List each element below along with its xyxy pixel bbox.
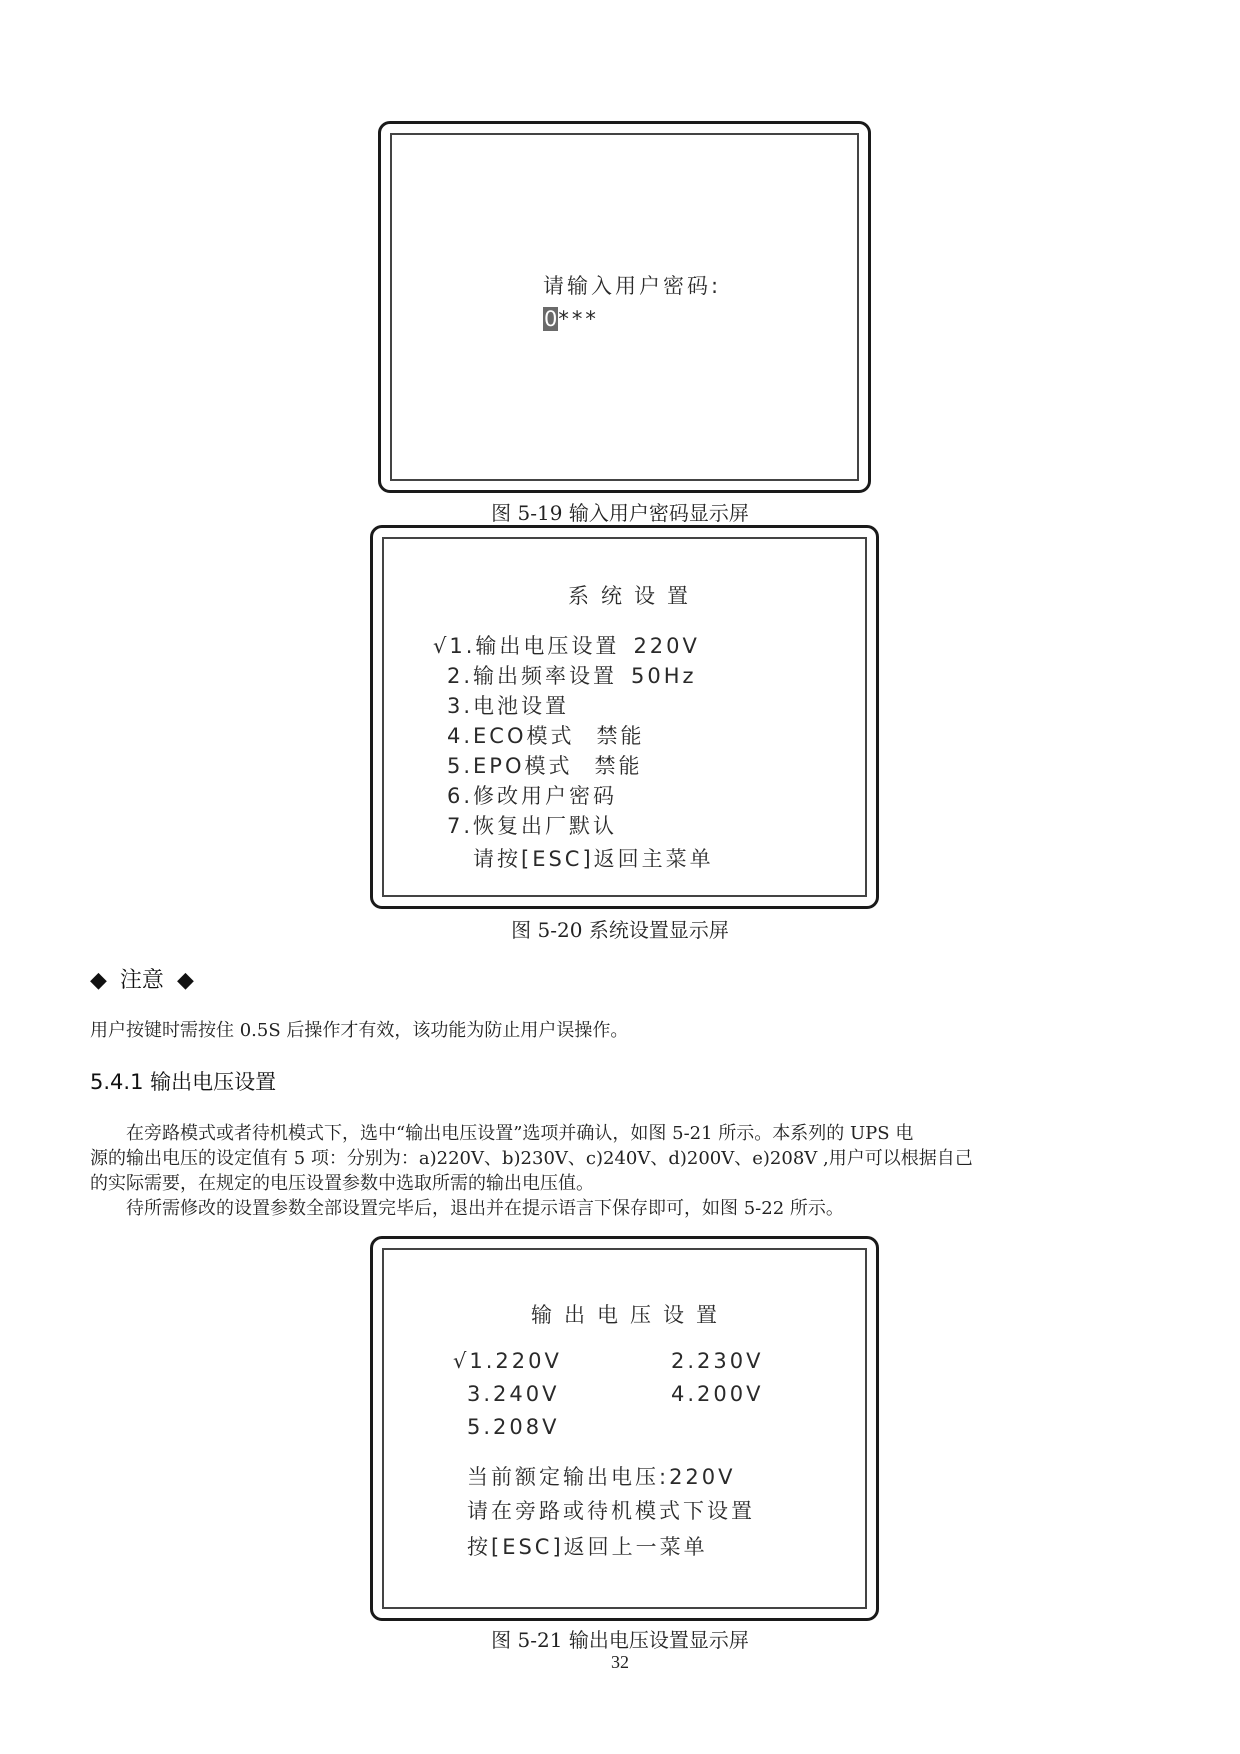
voltage-option-label: 4.200V <box>671 1382 763 1406</box>
menu-item-value: 220V <box>633 634 699 658</box>
note-heading: ◆ 注意 ◆ <box>90 963 194 994</box>
menu-item-battery[interactable]: 3.电池设置 <box>447 690 569 720</box>
diamond-icon: ◆ <box>90 968 107 993</box>
paragraph-line: 待所需修改的设置参数全部设置完毕后，退出并在提示语言下保存即可，如图 5-22 … <box>90 1194 1160 1220</box>
page-number: 32 <box>0 1652 1240 1673</box>
check-mark-icon: √ <box>433 634 449 658</box>
password-prompt: 请输入用户密码: <box>543 270 721 300</box>
voltage-option-200v[interactable]: 4.200V <box>671 1382 763 1406</box>
paragraph-line: 的实际需要，在规定的电压设置参数中选取所需的输出电压值。 <box>90 1169 1160 1195</box>
password-masked-digits: *** <box>558 307 599 331</box>
voltage-option-240v[interactable]: 3.240V <box>467 1382 559 1406</box>
mode-hint: 请在旁路或待机模式下设置 <box>467 1495 755 1525</box>
menu-item-label: 6.修改用户密码 <box>447 784 617 808</box>
caption-text: 图 5-21 输出电压设置显示屏 <box>491 1624 749 1653</box>
password-field[interactable]: 0*** <box>543 307 599 331</box>
password-cursor-digit: 0 <box>543 307 558 331</box>
caption-text: 图 5-19 输入用户密码显示屏 <box>491 497 749 526</box>
voltage-option-220v[interactable]: √1.220V <box>453 1349 562 1373</box>
menu-item-value: 禁能 <box>597 724 645 748</box>
voltage-option-label: 1.220V <box>469 1349 561 1373</box>
system-settings-footer: 请按[ESC]返回主菜单 <box>473 843 714 873</box>
check-mark-icon: √ <box>453 1349 469 1373</box>
voltage-option-label: 2.230V <box>671 1349 763 1373</box>
section-heading: 5.4.1 输出电压设置 <box>90 1066 276 1096</box>
menu-item-eco-mode[interactable]: 4.ECO模式禁能 <box>447 720 645 750</box>
current-voltage-readout: 当前额定输出电压:220V <box>467 1461 736 1491</box>
password-screen-inner-border <box>390 133 859 481</box>
menu-item-label: 4.ECO模式 <box>447 724 575 748</box>
diamond-icon: ◆ <box>177 968 194 993</box>
system-settings-screen-frame: 系统设置 √1.输出电压设置220V 2.输出频率设置50Hz 3.电池设置 4… <box>370 525 879 909</box>
menu-item-label: 1.输出电压设置 <box>449 634 619 658</box>
system-settings-title: 系统设置 <box>568 580 700 610</box>
output-voltage-footer: 按[ESC]返回上一菜单 <box>467 1531 708 1561</box>
voltage-option-label: 5.208V <box>467 1415 559 1439</box>
paragraph-line: 源的输出电压的设定值有 5 项：分别为：a)220V、b)230V、c)240V… <box>90 1144 1160 1170</box>
menu-item-value: 禁能 <box>595 754 643 778</box>
note-text: 用户按键时需按住 0.5S 后操作才有效，该功能为防止用户误操作。 <box>90 1016 628 1042</box>
menu-item-output-voltage[interactable]: √1.输出电压设置220V <box>433 630 700 660</box>
menu-item-output-frequency[interactable]: 2.输出频率设置50Hz <box>447 660 697 690</box>
note-heading-text: 注意 <box>120 968 164 993</box>
menu-item-label: 3.电池设置 <box>447 694 569 718</box>
menu-item-label: 2.输出频率设置 <box>447 664 617 688</box>
menu-item-epo-mode[interactable]: 5.EPO模式禁能 <box>447 750 643 780</box>
caption-text: 图 5-20 系统设置显示屏 <box>511 914 729 943</box>
figure-caption-5-21: 图 5-21 输出电压设置显示屏 <box>0 1624 1240 1653</box>
voltage-option-label: 3.240V <box>467 1382 559 1406</box>
voltage-option-230v[interactable]: 2.230V <box>671 1349 763 1373</box>
menu-item-change-password[interactable]: 6.修改用户密码 <box>447 780 617 810</box>
password-screen-frame: 请输入用户密码: 0*** <box>378 121 871 493</box>
figure-caption-5-20: 图 5-20 系统设置显示屏 <box>0 914 1240 943</box>
output-voltage-screen-frame: 输出电压设置 √1.220V 2.230V 3.240V 4.200V 5.20… <box>370 1236 879 1621</box>
voltage-option-208v[interactable]: 5.208V <box>467 1415 559 1439</box>
menu-item-factory-reset[interactable]: 7.恢复出厂默认 <box>447 810 617 840</box>
paragraph-line: 在旁路模式或者待机模式下，选中“输出电压设置”选项并确认，如图 5-21 所示。… <box>90 1119 1160 1145</box>
menu-item-label: 7.恢复出厂默认 <box>447 814 617 838</box>
menu-item-value: 50Hz <box>631 664 697 688</box>
output-voltage-title: 输出电压设置 <box>531 1299 729 1329</box>
menu-item-label: 5.EPO模式 <box>447 754 573 778</box>
figure-caption-5-19: 图 5-19 输入用户密码显示屏 <box>0 497 1240 526</box>
